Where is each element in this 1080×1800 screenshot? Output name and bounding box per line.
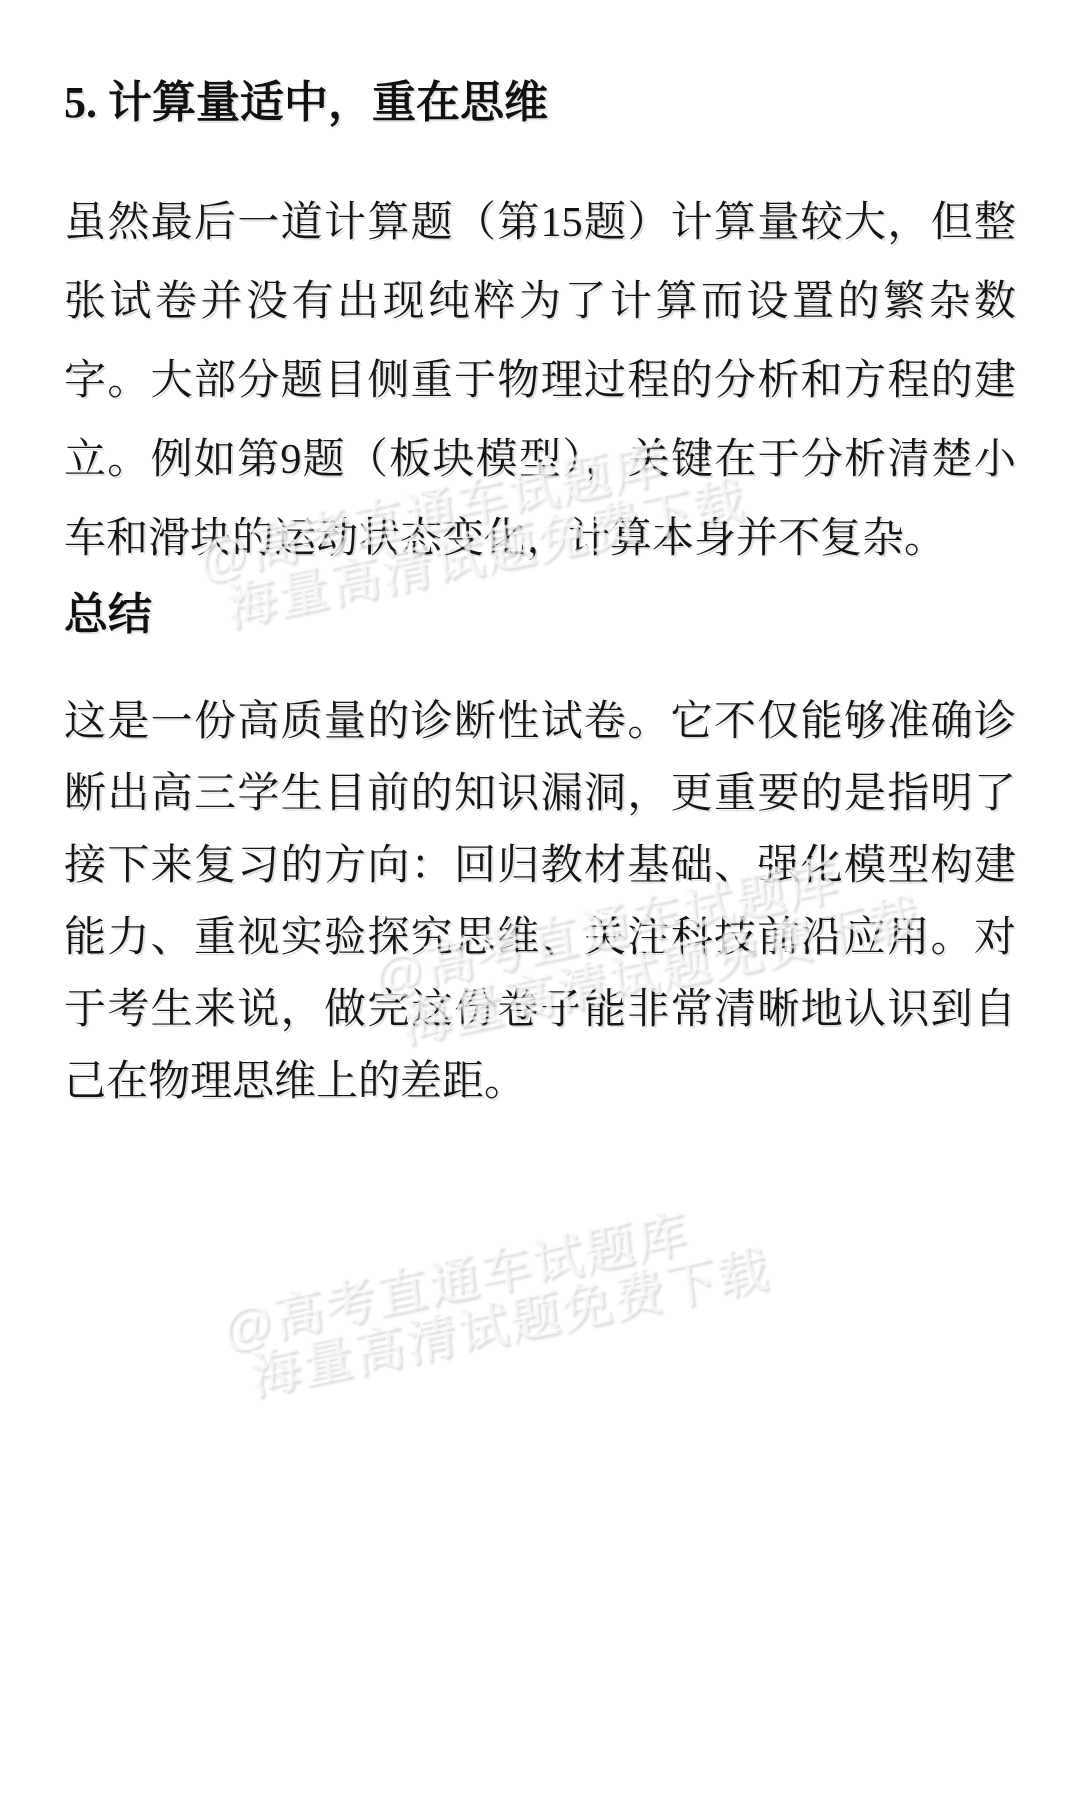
paragraph-line: 字。大部分题目侧重于物理过程的分析和方程的建 — [64, 342, 1016, 421]
watermark-diagonal-bottom: @高考直通车试题库 海量高清试题免费下载 — [220, 1189, 773, 1407]
watermark-brand-text: @高考直通车试题库 — [220, 1189, 766, 1356]
paragraph-line: 己在物理思维上的差距。 — [64, 1046, 1016, 1118]
watermark-slogan-text: 海量高清试题免费下载 — [248, 1241, 773, 1403]
paragraph-line: 接下来复习的方向：回归教材基础、强化模型构建 — [64, 830, 1016, 902]
paragraph-summary: 这是一份高质量的诊断性试卷。它不仅能够准确诊 断出高三学生目前的知识漏洞，更重要… — [64, 686, 1016, 1118]
section-heading-calculation: 5. 计算量适中，重在思维 — [64, 76, 1016, 130]
paragraph-line: 张试卷并没有出现纯粹为了计算而设置的繁杂数 — [64, 263, 1016, 342]
section-heading-summary: 总结 — [64, 588, 1016, 642]
paragraph-line: 车和滑块的运动状态变化，计算本身并不复杂。 — [64, 500, 1016, 579]
paragraph-line: 虽然最后一道计算题（第15题）计算量较大，但整 — [64, 184, 1016, 263]
paragraph-line: 能力、重视实验探究思维、关注科技前沿应用。对 — [64, 902, 1016, 974]
paragraph-line: 立。例如第9题（板块模型），关键在于分析清楚小 — [64, 421, 1016, 500]
paragraph-line: 这是一份高质量的诊断性试卷。它不仅能够准确诊 — [64, 686, 1016, 758]
paragraph-line: 断出高三学生目前的知识漏洞，更重要的是指明了 — [64, 758, 1016, 830]
paragraph-line: 于考生来说，做完这份卷子能非常清晰地认识到自 — [64, 974, 1016, 1046]
document-page: @高考直通车试题库 海量高清试题免费下载 @高考直通车试题库 海量高清试题免费下… — [0, 0, 1080, 1800]
paragraph-calculation-analysis: 虽然最后一道计算题（第15题）计算量较大，但整 张试卷并没有出现纯粹为了计算而设… — [64, 184, 1016, 579]
